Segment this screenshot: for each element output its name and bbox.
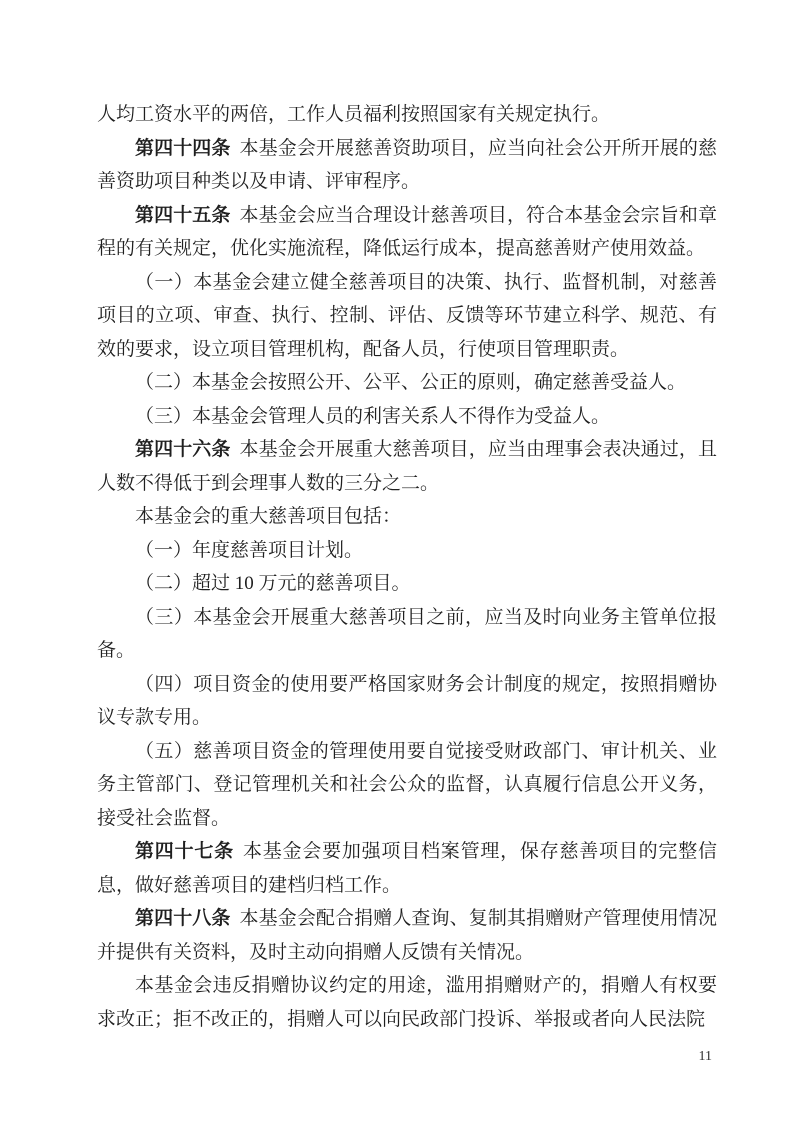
paragraph: 第四十四条本基金会开展慈善资助项目，应当向社会公开所开展的慈善资助项目种类以及申… xyxy=(97,132,717,199)
paragraph-text: （三）本基金会开展重大慈善项目之前，应当及时向业务主管单位报备。 xyxy=(97,607,717,662)
paragraph: 人均工资水平的两倍，工作人员福利按照国家有关规定执行。 xyxy=(97,98,717,132)
paragraph: （三）本基金会管理人员的利害关系人不得作为受益人。 xyxy=(97,400,717,434)
paragraph: （二）本基金会按照公开、公平、公正的原则，确定慈善受益人。 xyxy=(97,366,717,400)
paragraph-text: （一）年度慈善项目计划。 xyxy=(135,540,363,561)
paragraph: （一）年度慈善项目计划。 xyxy=(97,534,717,568)
paragraph-text: （一）本基金会建立健全慈善项目的决策、执行、监督机制，对慈善项目的立项、审查、执… xyxy=(97,272,717,360)
paragraph-text: （二）本基金会按照公开、公平、公正的原则，确定慈善受益人。 xyxy=(135,372,686,393)
paragraph: 第四十七条本基金会要加强项目档案管理，保存慈善项目的完整信息，做好慈善项目的建档… xyxy=(97,835,717,902)
paragraph: （五）慈善项目资金的管理使用要自觉接受财政部门、审计机关、业务主管部门、登记管理… xyxy=(97,735,717,836)
paragraph: 第四十五条本基金会应当合理设计慈善项目，符合本基金会宗旨和章程的有关规定，优化实… xyxy=(97,199,717,266)
paragraph: （二）超过 10 万元的慈善项目。 xyxy=(97,567,717,601)
document-body: 人均工资水平的两倍，工作人员福利按照国家有关规定执行。第四十四条本基金会开展慈善… xyxy=(97,98,717,1036)
paragraph-text: 本基金会的重大慈善项目包括： xyxy=(135,506,401,527)
paragraph: 本基金会的重大慈善项目包括： xyxy=(97,500,717,534)
paragraph: （三）本基金会开展重大慈善项目之前，应当及时向业务主管单位报备。 xyxy=(97,601,717,668)
paragraph: 第四十八条本基金会配合捐赠人查询、复制其捐赠财产管理使用情况并提供有关资料，及时… xyxy=(97,902,717,969)
article-number: 第四十六条 xyxy=(135,439,231,460)
paragraph-text: （五）慈善项目资金的管理使用要自觉接受财政部门、审计机关、业务主管部门、登记管理… xyxy=(97,741,717,829)
paragraph-text: （四）项目资金的使用要严格国家财务会计制度的规定，按照捐赠协议专款专用。 xyxy=(97,674,717,729)
document-page: 人均工资水平的两倍，工作人员福利按照国家有关规定执行。第四十四条本基金会开展慈善… xyxy=(0,0,800,1131)
article-number: 第四十八条 xyxy=(135,908,231,929)
article-number: 第四十四条 xyxy=(135,138,231,159)
paragraph-text: （二）超过 10 万元的慈善项目。 xyxy=(135,573,411,594)
page-number: 11 xyxy=(699,1048,712,1066)
paragraph-text: 人均工资水平的两倍，工作人员福利按照国家有关规定执行。 xyxy=(97,104,610,125)
paragraph-text: 本基金会违反捐赠协议约定的用途，滥用捐赠财产的，捐赠人有权要求改正；拒不改正的，… xyxy=(97,975,717,1030)
paragraph: 本基金会违反捐赠协议约定的用途，滥用捐赠财产的，捐赠人有权要求改正；拒不改正的，… xyxy=(97,969,717,1036)
paragraph: （四）项目资金的使用要严格国家财务会计制度的规定，按照捐赠协议专款专用。 xyxy=(97,668,717,735)
paragraph: （一）本基金会建立健全慈善项目的决策、执行、监督机制，对慈善项目的立项、审查、执… xyxy=(97,266,717,367)
paragraph: 第四十六条本基金会开展重大慈善项目，应当由理事会表决通过，且人数不得低于到会理事… xyxy=(97,433,717,500)
article-number: 第四十五条 xyxy=(135,205,231,226)
article-number: 第四十七条 xyxy=(135,841,234,862)
paragraph-text: （三）本基金会管理人员的利害关系人不得作为受益人。 xyxy=(135,406,610,427)
